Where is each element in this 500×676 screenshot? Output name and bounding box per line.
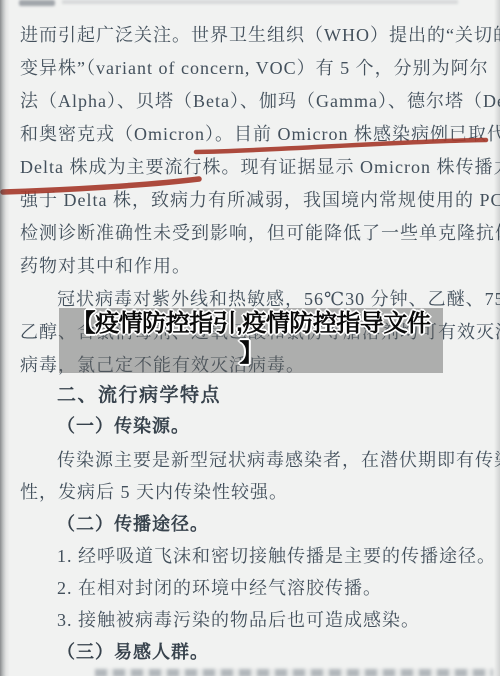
text-line: （一）传染源。 [57,415,190,437]
caption-title-line2: 】 [239,340,263,368]
text-line: 检测诊断准确性未受到影响，但可能降低了一些单克隆抗体 [20,222,500,244]
text-line: 3. 接触被病毒污染的物品后也可造成感染。 [57,609,420,631]
text-line: 冠状病毒对紫外线和热敏感，56℃30 分钟、乙醚、75% [57,288,500,310]
text-line: 二、流行病学特点 [57,385,221,407]
text-line: Delta 株成为主要流行株。现有证据显示 Omicron 株传播力 [20,156,500,178]
text-line: 药物对其中和作用。 [20,255,191,277]
text-line: 1. 经呼吸道飞沫和密切接触传播是主要的传播途径。 [57,545,496,567]
text-line: 性，发病后 5 天内传染性较强。 [20,481,288,503]
text-line: 和奥密克戎（Omicron）。目前 Omicron 株感染病例已取代 [20,123,500,145]
text-line: （三）易感人群。 [57,641,209,663]
text-line: 2. 在相对封闭的环境中经气溶胶传播。 [57,577,382,599]
text-line: （二）传播途径。 [57,513,209,535]
caption-title-line1: 【疫情防控指引,疫情防控指导文件 [72,310,431,338]
text-line: 传染源主要是新型冠状病毒感染者，在潜伏期即有传染 [57,449,500,471]
text-line: 强于 Delta 株，致病力有所减弱，我国境内常规使用的 PCR [20,189,500,211]
text-line: 进而引起广泛关注。世界卫生组织（WHO）提出的“关切的 [20,24,500,46]
text-line: 变异株”（variant of concern, VOC）有 5 个，分别为阿尔 [20,57,489,79]
caption-overlay-box: 【疫情防控指引,疫情防控指导文件 】 [59,308,443,373]
bottom-edge-text-remnant [95,669,493,676]
text-line: 法（Alpha）、贝塔（Beta）、伽玛（Gamma）、德尔塔（Delta） [20,90,500,112]
document-page: 进而引起广泛关注。世界卫生组织（WHO）提出的“关切的变异株”（variant … [0,0,500,676]
